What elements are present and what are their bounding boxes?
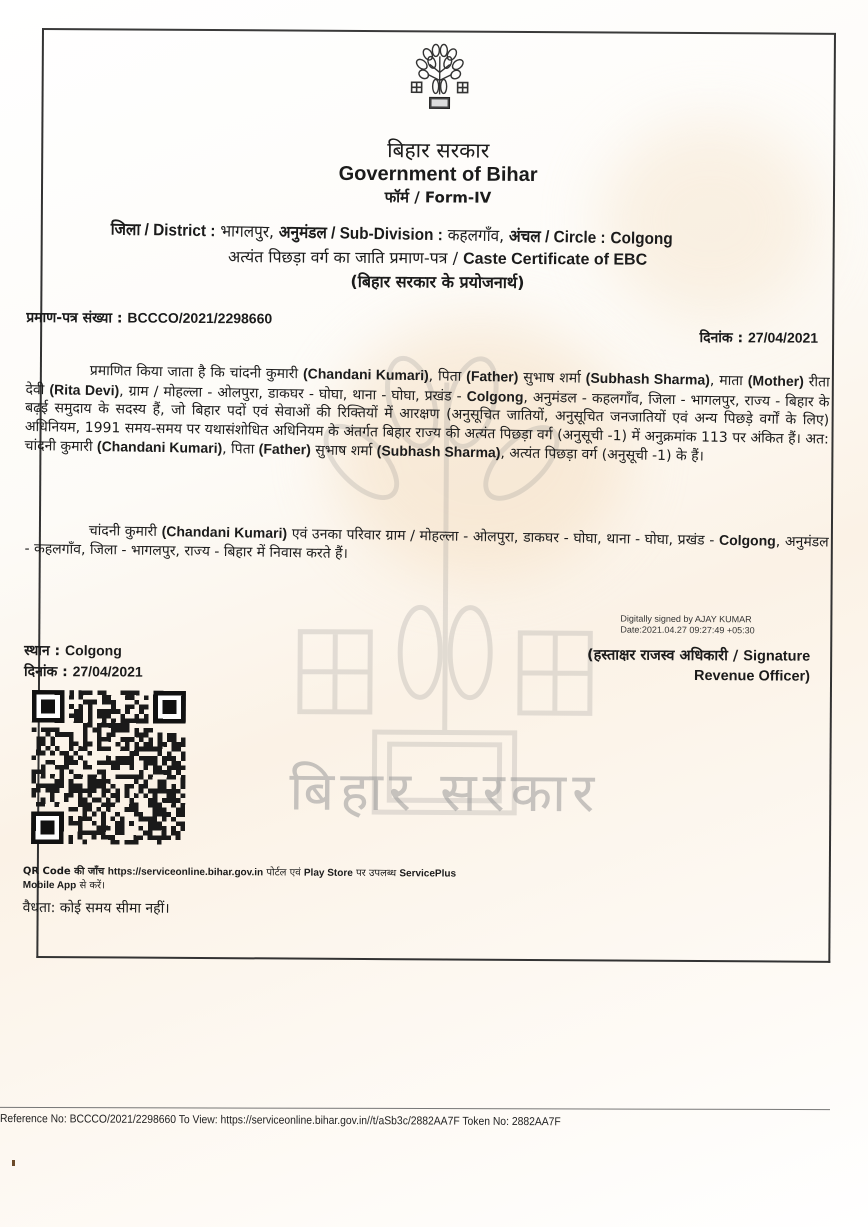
certificate-frame: बिहार सरकार Government of Bihar फॉर्म / … xyxy=(36,28,836,963)
bihar-emblem-icon xyxy=(405,42,473,114)
district-label: जिला / District : xyxy=(111,220,216,240)
digital-signature-signer: Digitally signed by AJAY KUMAR xyxy=(620,614,754,626)
text: प्रमाणित किया जाता है कि चांदनी कुमारी xyxy=(90,363,303,382)
header-title-english: Government of Bihar xyxy=(43,161,833,189)
app-name: ServicePlus xyxy=(399,868,456,879)
district-value: भागलपुर, xyxy=(220,221,274,241)
signature-label-hindi: (हस्ताक्षर राजस्व अधिकारी / xyxy=(587,647,738,664)
text: , माता xyxy=(710,373,748,390)
signature-label-english: Signature xyxy=(743,648,810,664)
text: सुभाष शर्मा xyxy=(518,370,586,387)
text: एवं उनका परिवार ग्राम / मोहल्ला - ओलपुरा… xyxy=(287,526,719,549)
place-date-label: दिनांक : xyxy=(24,664,68,680)
text: सुभाष शर्मा xyxy=(311,442,377,459)
text: (Mother) xyxy=(748,372,804,389)
residence-paragraph: चांदनी कुमारी (Chandani Kumari) एवं उनका… xyxy=(24,520,828,571)
text: Play Store xyxy=(304,868,353,879)
signature-label: (हस्ताक्षर राजस्व अधिकारी / Signature Re… xyxy=(587,645,810,686)
certificate-title-english: Caste Certificate of EBC xyxy=(463,251,647,269)
text: , ग्राम / मोहल्ला - ओलपुरा, डाकघर - घोघा… xyxy=(119,383,467,404)
text: से करें। xyxy=(76,880,105,891)
text: चांदनी कुमारी xyxy=(89,523,162,540)
place-label: स्थान : xyxy=(24,643,60,659)
name-english: (Chandani Kumari) xyxy=(97,438,222,456)
verification-note: QR Code की जाँच https://serviceonline.bi… xyxy=(23,865,543,896)
block-name: Colgong xyxy=(467,387,524,404)
place-value: Colgong xyxy=(65,642,122,658)
circle-value: Colgong xyxy=(610,229,672,248)
digital-signature-date: Date:2021.04.27 09:27:49 +05:30 xyxy=(620,625,754,637)
text: पर उपलब्ध xyxy=(353,868,400,879)
subdivision-value: कहलगाँव, xyxy=(448,225,505,245)
text: (Father) xyxy=(466,368,518,385)
subdivision-label: अनुमंडल / Sub-Division : xyxy=(279,223,443,244)
qr-code-icon[interactable] xyxy=(31,690,186,845)
block-name: Colgong xyxy=(719,532,776,549)
text: , पिता xyxy=(429,368,467,385)
certification-paragraph: प्रमाणित किया जाता है कि चांदनी कुमारी (… xyxy=(24,360,829,468)
name-english: (Chandani Kumari) xyxy=(162,523,288,541)
digital-signature-stamp: Digitally signed by AJAY KUMAR Date:2021… xyxy=(620,614,755,637)
place-date-value: 27/04/2021 xyxy=(73,663,143,679)
certificate-purpose: (बिहार सरकार के प्रयोजनार्थ) xyxy=(42,268,832,295)
form-number: फॉर्म / Form-IV xyxy=(43,185,833,210)
text: , अत्यंत पिछड़ा वर्ग (अनुसूची -1) के हैं… xyxy=(500,445,704,464)
circle-label: अंचल / Circle : xyxy=(509,227,606,247)
certificate-number-label: प्रमाण-पत्र संख्या : xyxy=(26,310,122,327)
father-name-english: (Subhash Sharma) xyxy=(586,370,710,388)
issue-date-value: 27/04/2021 xyxy=(748,329,818,345)
issue-date-label: दिनांक : xyxy=(699,330,743,346)
text: (Father) xyxy=(259,441,311,458)
text: QR Code की जाँच xyxy=(23,866,108,878)
text: , पिता xyxy=(222,441,259,458)
validity-note: वैधता: कोई समय सीमा नहीं। xyxy=(23,898,170,918)
place-and-date: स्थान : Colgong दिनांक : 27/04/2021 xyxy=(24,640,143,683)
watermark-text: बिहार सरकार xyxy=(289,752,600,828)
text: पोर्टल एवं xyxy=(263,867,304,878)
footer-reference: Reference No: BCCCO/2021/2298660 To View… xyxy=(0,1113,561,1128)
footer-divider xyxy=(0,1107,830,1110)
mother-name-english: (Rita Devi) xyxy=(49,381,119,398)
text: Mobile App xyxy=(23,880,77,891)
issue-date: दिनांक : 27/04/2021 xyxy=(699,328,818,348)
signature-role: Revenue Officer) xyxy=(694,668,810,685)
name-english: (Chandani Kumari) xyxy=(303,365,429,383)
certificate-number: प्रमाण-पत्र संख्या : BCCCO/2021/2298660 xyxy=(26,308,272,329)
certificate-title: अत्यंत पिछड़ा वर्ग का जाति प्रमाण-पत्र /… xyxy=(43,244,833,271)
verification-url[interactable]: https://serviceonline.bihar.gov.in xyxy=(108,866,263,878)
paper-mark xyxy=(12,1160,15,1166)
father-name-english: (Subhash Sharma) xyxy=(377,442,501,460)
certificate-title-hindi: अत्यंत पिछड़ा वर्ग का जाति प्रमाण-पत्र / xyxy=(228,247,458,267)
